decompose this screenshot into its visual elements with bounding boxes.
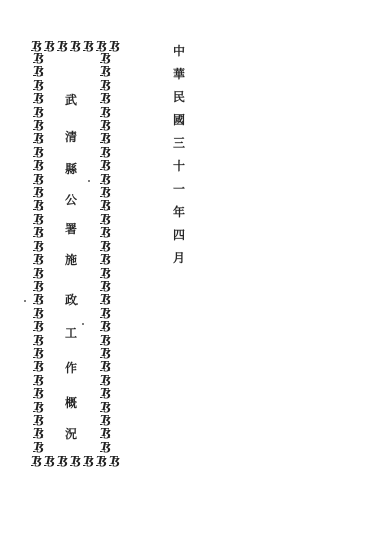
ornament-glyph: Ꜩ	[100, 413, 110, 426]
title-character: 公	[64, 193, 78, 207]
border-bottom-ornament: ꜨꜨꜨꜨꜨꜨꜨ	[31, 455, 122, 466]
ornament-glyph: Ꜩ	[100, 185, 110, 198]
ornament-glyph: Ꜩ	[33, 158, 43, 171]
title-character: 況	[64, 427, 78, 441]
ornament-glyph: Ꜩ	[70, 455, 83, 466]
border-top-ornament: ꜨꜨꜨꜨꜨꜨꜨ	[31, 40, 122, 51]
ornament-glyph: Ꜩ	[33, 252, 43, 265]
ornament-glyph: Ꜩ	[100, 118, 110, 131]
ornament-glyph: Ꜩ	[100, 131, 110, 144]
title-character: 武	[64, 93, 78, 107]
ornament-glyph: Ꜩ	[100, 105, 110, 118]
ornament-glyph: Ꜩ	[31, 40, 44, 51]
scan-speck	[76, 303, 78, 305]
ornament-glyph: Ꜩ	[96, 40, 109, 51]
border-right-ornament: ꜨꜨꜨꜨꜨꜨꜨꜨꜨꜨꜨꜨꜨꜨꜨꜨꜨꜨꜨꜨꜨꜨꜨꜨꜨꜨꜨꜨꜨꜨ	[100, 51, 110, 453]
ornament-glyph: Ꜩ	[100, 426, 110, 439]
date-character: 年	[172, 205, 186, 219]
document-page: ꜨꜨꜨꜨꜨꜨꜨ ꜨꜨꜨꜨꜨꜨꜨꜨꜨꜨꜨꜨꜨꜨꜨꜨꜨꜨꜨꜨꜨꜨꜨꜨꜨꜨꜨꜨꜨꜨ Ꜩ…	[0, 0, 378, 542]
ornament-glyph: Ꜩ	[100, 359, 110, 372]
title-character: 縣	[64, 162, 78, 176]
ornament-glyph: Ꜩ	[33, 172, 43, 185]
ornament-glyph: Ꜩ	[96, 455, 109, 466]
ornament-glyph: Ꜩ	[33, 212, 43, 225]
scan-speck	[104, 68, 106, 70]
date-character: 三	[172, 136, 186, 150]
ornament-glyph: Ꜩ	[100, 279, 110, 292]
ornament-glyph: Ꜩ	[33, 319, 43, 332]
ornament-glyph: Ꜩ	[33, 346, 43, 359]
ornament-glyph: Ꜩ	[57, 40, 70, 51]
date-character: 四	[172, 228, 186, 242]
ornament-glyph: Ꜩ	[100, 319, 110, 332]
ornament-glyph: Ꜩ	[33, 239, 43, 252]
ornament-glyph: Ꜩ	[33, 359, 43, 372]
scan-speck	[24, 300, 26, 302]
ornament-glyph: Ꜩ	[100, 91, 110, 104]
ornament-glyph: Ꜩ	[100, 172, 110, 185]
ornament-glyph: Ꜩ	[33, 118, 43, 131]
ornament-glyph: Ꜩ	[33, 51, 43, 64]
title-character: 工	[64, 326, 78, 340]
ornament-glyph: Ꜩ	[100, 266, 110, 279]
scan-speck	[88, 180, 90, 182]
date-character: 華	[172, 67, 186, 81]
ornament-glyph: Ꜩ	[33, 198, 43, 211]
date-character: 民	[172, 90, 186, 104]
ornament-glyph: Ꜩ	[33, 279, 43, 292]
ornament-glyph: Ꜩ	[100, 51, 110, 64]
ornament-glyph: Ꜩ	[100, 239, 110, 252]
ornament-glyph: Ꜩ	[109, 40, 122, 51]
ornament-glyph: Ꜩ	[57, 455, 70, 466]
ornament-glyph: Ꜩ	[100, 225, 110, 238]
ornament-glyph: Ꜩ	[33, 333, 43, 346]
title-character: 施	[64, 253, 78, 267]
ornament-glyph: Ꜩ	[70, 40, 83, 51]
ornament-glyph: Ꜩ	[33, 426, 43, 439]
ornament-glyph: Ꜩ	[33, 266, 43, 279]
ornament-glyph: Ꜩ	[33, 413, 43, 426]
date-character: 十	[172, 159, 186, 173]
ornament-glyph: Ꜩ	[109, 455, 122, 466]
date-character: 月	[172, 251, 186, 265]
ornament-glyph: Ꜩ	[100, 212, 110, 225]
ornament-glyph: Ꜩ	[44, 455, 57, 466]
ornament-glyph: Ꜩ	[33, 91, 43, 104]
date-character: 中	[172, 44, 186, 58]
ornament-glyph: Ꜩ	[83, 455, 96, 466]
ornament-glyph: Ꜩ	[33, 64, 43, 77]
ornament-glyph: Ꜩ	[100, 373, 110, 386]
ornament-glyph: Ꜩ	[100, 78, 110, 91]
ornament-glyph: Ꜩ	[33, 225, 43, 238]
ornament-glyph: Ꜩ	[33, 145, 43, 158]
ornament-glyph: Ꜩ	[100, 292, 110, 305]
ornament-glyph: Ꜩ	[100, 333, 110, 346]
ornament-glyph: Ꜩ	[100, 145, 110, 158]
ornament-glyph: Ꜩ	[100, 400, 110, 413]
ornament-glyph: Ꜩ	[33, 306, 43, 319]
date-character: 國	[172, 113, 186, 127]
scan-speck	[82, 323, 84, 325]
ornament-glyph: Ꜩ	[33, 185, 43, 198]
ornament-glyph: Ꜩ	[100, 440, 110, 453]
title-character: 署	[64, 222, 78, 236]
ornament-glyph: Ꜩ	[83, 40, 96, 51]
ornament-glyph: Ꜩ	[100, 158, 110, 171]
border-left-ornament: ꜨꜨꜨꜨꜨꜨꜨꜨꜨꜨꜨꜨꜨꜨꜨꜨꜨꜨꜨꜨꜨꜨꜨꜨꜨꜨꜨꜨꜨꜨ	[33, 51, 43, 453]
ornament-glyph: Ꜩ	[33, 373, 43, 386]
ornament-glyph: Ꜩ	[100, 306, 110, 319]
ornament-glyph: Ꜩ	[100, 252, 110, 265]
ornament-glyph: Ꜩ	[33, 131, 43, 144]
ornament-glyph: Ꜩ	[44, 40, 57, 51]
ornament-glyph: Ꜩ	[100, 198, 110, 211]
date-character: 一	[172, 182, 186, 196]
title-character: 作	[64, 361, 78, 375]
ornament-glyph: Ꜩ	[33, 440, 43, 453]
ornament-glyph: Ꜩ	[33, 78, 43, 91]
ornament-glyph: Ꜩ	[33, 386, 43, 399]
ornament-glyph: Ꜩ	[100, 64, 110, 77]
ornament-glyph: Ꜩ	[100, 346, 110, 359]
title-character: 概	[64, 396, 78, 410]
ornament-glyph: Ꜩ	[31, 455, 44, 466]
ornament-glyph: Ꜩ	[33, 105, 43, 118]
ornament-glyph: Ꜩ	[33, 292, 43, 305]
title-character: 清	[64, 130, 78, 144]
ornament-glyph: Ꜩ	[100, 386, 110, 399]
ornament-glyph: Ꜩ	[33, 400, 43, 413]
